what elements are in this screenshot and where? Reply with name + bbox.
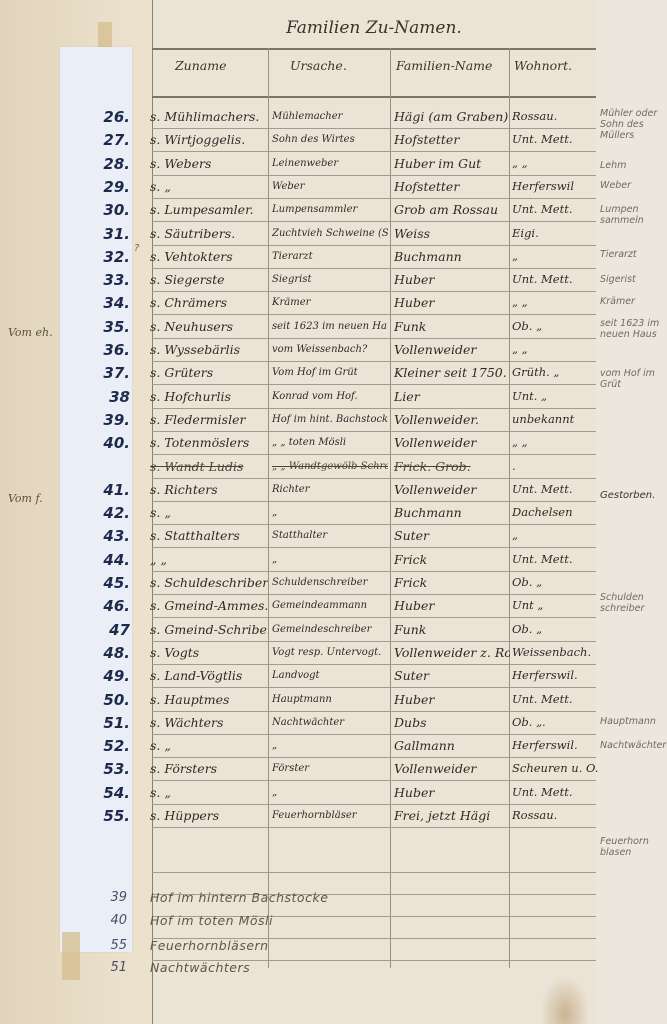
cell-ursache: Feuerhornbläser xyxy=(272,810,388,821)
row-number: 43. xyxy=(92,527,130,545)
footnote-number: 40 xyxy=(95,913,127,928)
table-row: 35.s. Neuhusersseit 1623 im neuen Haus.F… xyxy=(0,316,667,339)
cell-zuname: s. Hofchurlis xyxy=(150,389,268,404)
cell-zuname: s. Siegerste xyxy=(150,272,268,287)
row-number: 32. xyxy=(92,248,130,266)
table-row: 30.s. Lumpesamler.LumpensammlerGrob am R… xyxy=(0,199,667,222)
cell-familienname: Hofstetter xyxy=(394,132,510,147)
header-top-rule xyxy=(152,48,596,50)
cell-familienname: Kleiner seit 1750. xyxy=(394,365,510,380)
question-mark: ? xyxy=(134,243,139,254)
cell-ursache: Statthalter xyxy=(272,530,388,541)
page-title: Familien Zu-Namen. xyxy=(152,18,596,38)
row-number: 41. xyxy=(92,481,130,499)
cell-wohnort: . xyxy=(512,459,602,473)
cell-ursache: Zuchtvieh Schweine (Schweinehirt) xyxy=(272,228,388,239)
cell-wohnort: Unt. Mett. xyxy=(512,692,602,706)
cell-familienname: Hofstetter xyxy=(394,179,510,194)
table-row: 26.s. Mühlimachers.MühlemacherHägi (am G… xyxy=(0,106,667,129)
table-row: 34.s. ChrämersKrämerHuber„ „ xyxy=(0,292,667,315)
cell-zuname: „ „ xyxy=(150,552,268,567)
cell-ursache: „ xyxy=(272,554,388,565)
left-margin-note: Vom eh. xyxy=(8,326,53,339)
cell-zuname: s. Land-Vögtlis xyxy=(150,668,268,683)
cell-familienname: Vollenweider xyxy=(394,342,510,357)
footnote-text: Hof im hintern Bachstocke xyxy=(150,890,328,905)
cell-ursache: Vogt resp. Untervogt. xyxy=(272,647,388,658)
cell-zuname: s. Vogts xyxy=(150,645,268,660)
table-row: 48.s. VogtsVogt resp. Untervogt.Vollenwe… xyxy=(0,642,667,665)
cell-zuname: s. Säutribers. xyxy=(150,226,268,241)
table-row: 52.s. „„GallmannHerferswil. xyxy=(0,735,667,758)
margin-note: Sigerist xyxy=(600,274,666,285)
row-number: 42. xyxy=(92,504,130,522)
cell-familienname: Frei, jetzt Hägi xyxy=(394,808,510,823)
footnote-text: Hof im toten Mösli xyxy=(150,913,273,928)
cell-zuname: s. Wandt Ludis xyxy=(150,459,268,474)
cell-ursache: „ xyxy=(272,740,388,751)
table-row: 37.s. GrütersVom Hof im GrütKleiner seit… xyxy=(0,362,667,385)
cell-zuname: s. Vehtokters xyxy=(150,249,268,264)
table-row: 32.s. VehtoktersTierarztBuchmann„ xyxy=(0,246,667,269)
cell-ursache: „ „ Wandtgewölb Schreiner xyxy=(272,461,388,472)
cell-wohnort: Ob. „ xyxy=(512,319,602,333)
row-number: 38 xyxy=(92,388,130,406)
table-row: 55.s. HüppersFeuerhornbläserFrei, jetzt … xyxy=(0,805,667,828)
table-row: 45.s. SchuldeschribersSchuldenschreiberF… xyxy=(0,572,667,595)
cell-familienname: Gallmann xyxy=(394,738,510,753)
cell-familienname: Funk xyxy=(394,319,510,334)
row-number: 28. xyxy=(92,155,130,173)
row-rule xyxy=(152,617,596,618)
margin-note: Feuerhorn blasen xyxy=(600,836,666,858)
cell-ursache: „ xyxy=(272,507,388,518)
margin-note: seit 1623 im neuen Haus xyxy=(600,318,666,340)
margin-note: Krämer xyxy=(600,296,666,307)
cell-zuname: s. „ xyxy=(150,505,268,520)
cell-zuname: s. Neuhusers xyxy=(150,319,268,334)
cell-wohnort: Unt. Mett. xyxy=(512,785,602,799)
cell-familienname: Lier xyxy=(394,389,510,404)
row-rule xyxy=(152,221,596,222)
table-row: 50.s. HauptmesHauptmannHuberUnt. Mett. xyxy=(0,689,667,712)
cell-familienname: Frick xyxy=(394,552,510,567)
row-number: 50. xyxy=(92,691,130,709)
table-row: 54.s. „„HuberUnt. Mett. xyxy=(0,782,667,805)
row-number: 34. xyxy=(92,294,130,312)
cell-wohnort: „ „ xyxy=(512,435,602,449)
cell-ursache: Landvogt xyxy=(272,670,388,681)
row-number: 47 xyxy=(92,621,130,639)
cell-ursache: Vom Hof im Grüt xyxy=(272,367,388,378)
table-row: 40.s. Totenmöslers„ „ toten MösliVollenw… xyxy=(0,432,667,455)
cell-wohnort: „ xyxy=(512,528,602,542)
table-row: 36.s. Wyssebärlisvom Weissenbach?Vollenw… xyxy=(0,339,667,362)
cell-ursache: Siegrist xyxy=(272,274,388,285)
footnote-text: Feuerhornbläsern xyxy=(150,938,269,953)
cell-familienname: Huber xyxy=(394,295,510,310)
row-number: 26. xyxy=(92,108,130,126)
cell-ursache: Gemeindeschreiber xyxy=(272,624,388,635)
cell-wohnort: Ob. „ xyxy=(512,622,602,636)
row-number: 29. xyxy=(92,178,130,196)
cell-zuname: s. Chrämers xyxy=(150,295,268,310)
margin-note: Tierarzt xyxy=(600,249,666,260)
cell-familienname: Vollenweider xyxy=(394,435,510,450)
table-row: s. Wandt Ludis„ „ Wandtgewölb SchreinerF… xyxy=(0,456,667,479)
table-row: 44.„ „„FrickUnt. Mett. xyxy=(0,549,667,572)
cell-ursache: Weber xyxy=(272,181,388,192)
cell-familienname: Weiss xyxy=(394,226,510,241)
row-rule xyxy=(152,872,596,873)
cell-zuname: s. „ xyxy=(150,738,268,753)
column-header-familienname: Familien-Name xyxy=(396,58,492,73)
row-number: 48. xyxy=(92,644,130,662)
cell-zuname: s. Totenmöslers xyxy=(150,435,268,450)
row-number: 37. xyxy=(92,364,130,382)
cell-ursache: Richter xyxy=(272,484,388,495)
row-rule xyxy=(152,547,596,548)
cell-zuname: s. Grüters xyxy=(150,365,268,380)
table-row: 47s. Gmeind-SchribersGemeindeschreiberFu… xyxy=(0,619,667,642)
table-row: 29.s. „WeberHofstetterHerferswil xyxy=(0,176,667,199)
row-rule xyxy=(152,151,596,152)
row-rule xyxy=(152,384,596,385)
cell-ursache: Schuldenschreiber xyxy=(272,577,388,588)
cell-ursache: Mühlemacher xyxy=(272,111,388,122)
cell-zuname: s. Gmeind-Schribers xyxy=(150,622,268,637)
cell-familienname: Vollenweider xyxy=(394,761,510,776)
row-number: 39. xyxy=(92,411,130,429)
cell-wohnort: Dachelsen xyxy=(512,505,602,519)
cell-familienname: Huber xyxy=(394,692,510,707)
cell-zuname: s. Lumpesamler. xyxy=(150,202,268,217)
row-rule xyxy=(152,827,596,828)
row-number: 52. xyxy=(92,737,130,755)
cell-familienname: Huber xyxy=(394,272,510,287)
row-number: 30. xyxy=(92,201,130,219)
table-row: 31.s. Säutribers.Zuchtvieh Schweine (Sch… xyxy=(0,223,667,246)
row-number: 46. xyxy=(92,597,130,615)
column-header-ursache: Ursache. xyxy=(290,58,347,73)
cell-ursache: Krämer xyxy=(272,297,388,308)
cell-ursache: Lumpensammler xyxy=(272,204,388,215)
row-number: 55. xyxy=(92,807,130,825)
footnote-text: Nachtwächters xyxy=(150,960,250,975)
row-number: 31. xyxy=(92,225,130,243)
tape-top xyxy=(98,22,112,50)
cell-wohnort: Ob. „. xyxy=(512,715,602,729)
cell-familienname: Vollenweider xyxy=(394,482,510,497)
footnote-number: 55 xyxy=(95,938,127,953)
cell-wohnort: Unt. Mett. xyxy=(512,132,602,146)
cell-familienname: Frick. Grob. xyxy=(394,459,510,474)
cell-ursache: Konrad vom Hof. xyxy=(272,391,388,402)
cell-familienname: Frick xyxy=(394,575,510,590)
cell-zuname: s. Webers xyxy=(150,156,268,171)
table-row: 41.s. RichtersRichterVollenweiderUnt. Me… xyxy=(0,479,667,502)
cell-zuname: s. Wächters xyxy=(150,715,268,730)
row-number: 45. xyxy=(92,574,130,592)
cell-familienname: Huber xyxy=(394,598,510,613)
cell-familienname: Suter xyxy=(394,528,510,543)
header-bottom-rule xyxy=(152,96,596,98)
row-number: 33. xyxy=(92,271,130,289)
cell-ursache: Leinenweber xyxy=(272,158,388,169)
cell-zuname: s. Wyssebärlis xyxy=(150,342,268,357)
margin-note: Lehm xyxy=(600,160,666,171)
cell-wohnort: Unt. Mett. xyxy=(512,202,602,216)
cell-wohnort: Scheuren u. O. Mett. xyxy=(512,761,602,775)
cell-familienname: Hägi (am Graben) xyxy=(394,109,510,124)
cell-ursache: Nachtwächter xyxy=(272,717,388,728)
cell-wohnort: Rossau. xyxy=(512,808,602,822)
cell-ursache: vom Weissenbach? xyxy=(272,344,388,355)
cell-familienname: Huber im Gut xyxy=(394,156,510,171)
cell-wohnort: Unt. Mett. xyxy=(512,272,602,286)
cell-wohnort: „ „ xyxy=(512,295,602,309)
table-row: 53.s. FörstersFörsterVollenweiderScheure… xyxy=(0,758,667,781)
water-stain xyxy=(540,975,590,1024)
cell-ursache: Sohn des Wirtes xyxy=(272,134,388,145)
cell-wohnort: Rossau. xyxy=(512,109,602,123)
cell-familienname: Funk xyxy=(394,622,510,637)
table-row: 38s. HofchurlisKonrad vom Hof.LierUnt. „ xyxy=(0,386,667,409)
table-row: 51.s. WächtersNachtwächterDubsOb. „. xyxy=(0,712,667,735)
row-number: 49. xyxy=(92,667,130,685)
column-header-zuname: Zuname xyxy=(175,58,227,73)
cell-zuname: s. Försters xyxy=(150,761,268,776)
cell-zuname: s. „ xyxy=(150,179,268,194)
table-row: 28.s. WebersLeinenweberHuber im Gut„ „ xyxy=(0,153,667,176)
row-rule xyxy=(152,314,596,315)
cell-wohnort: Unt. Mett. xyxy=(512,552,602,566)
row-number: 53. xyxy=(92,760,130,778)
cell-ursache: Gemeindeammann xyxy=(272,600,388,611)
cell-wohnort: „ „ xyxy=(512,342,602,356)
cell-wohnort: Herferswil. xyxy=(512,738,602,752)
cell-zuname: s. Fledermisler xyxy=(150,412,268,427)
cell-wohnort: „ xyxy=(512,249,602,263)
row-rule xyxy=(152,687,596,688)
cell-familienname: Buchmann xyxy=(394,505,510,520)
left-margin-note: Vom f. xyxy=(8,492,43,505)
cell-ursache: Hauptmann xyxy=(272,694,388,705)
cell-ursache: Förster xyxy=(272,763,388,774)
cell-wohnort: Eigi. xyxy=(512,226,602,240)
row-number: 44. xyxy=(92,551,130,569)
footnote-number: 39 xyxy=(95,890,127,905)
cell-ursache: „ „ toten Mösli xyxy=(272,437,388,448)
cell-zuname: s. Richters xyxy=(150,482,268,497)
cell-zuname: s. Hüppers xyxy=(150,808,268,823)
row-number: 36. xyxy=(92,341,130,359)
cell-familienname: Dubs xyxy=(394,715,510,730)
row-number: 40. xyxy=(92,434,130,452)
cell-wohnort: Herferswil xyxy=(512,179,602,193)
row-number: 51. xyxy=(92,714,130,732)
cell-zuname: s. Hauptmes xyxy=(150,692,268,707)
cell-familienname: Vollenweider z. Rossau. xyxy=(394,645,510,660)
cell-familienname: Buchmann xyxy=(394,249,510,264)
row-rule xyxy=(152,454,596,455)
cell-ursache: seit 1623 im neuen Haus. xyxy=(272,321,388,332)
cell-familienname: Suter xyxy=(394,668,510,683)
row-number: 54. xyxy=(92,784,130,802)
cell-wohnort: unbekannt xyxy=(512,412,602,426)
table-row: 43.s. StatthaltersStatthalterSuter„ xyxy=(0,525,667,548)
cell-wohnort: Unt. Mett. xyxy=(512,482,602,496)
cell-familienname: Grob am Rossau xyxy=(394,202,510,217)
table-row: 49.s. Land-VögtlisLandvogtSuterHerferswi… xyxy=(0,665,667,688)
table-row: 27.s. Wirtjoggelis.Sohn des WirtesHofste… xyxy=(0,129,667,152)
cell-familienname: Vollenweider. xyxy=(394,412,510,427)
cell-zuname: s. Schuldeschribers xyxy=(150,575,268,590)
cell-wohnort: „ „ xyxy=(512,156,602,170)
cell-wohnort: Herferswil. xyxy=(512,668,602,682)
cell-zuname: s. Mühlimachers. xyxy=(150,109,268,124)
margin-note: Weber xyxy=(600,180,666,191)
cell-ursache: Hof im hint. Bachstock xyxy=(272,414,388,425)
cell-zuname: s. Gmeind-Ammes. xyxy=(150,598,268,613)
table-row: 42.s. „„BuchmannDachelsen xyxy=(0,502,667,525)
row-number: 27. xyxy=(92,131,130,149)
cell-zuname: s. „ xyxy=(150,785,268,800)
cell-zuname: s. Statthalters xyxy=(150,528,268,543)
cell-ursache: „ xyxy=(272,787,388,798)
cell-ursache: Tierarzt xyxy=(272,251,388,262)
cell-wohnort: Ob. „ xyxy=(512,575,602,589)
cell-familienname: Huber xyxy=(394,785,510,800)
tape-bottom xyxy=(62,932,80,980)
table-row: 33.s. SiegersteSiegristHuberUnt. Mett. xyxy=(0,269,667,292)
table-row: 46.s. Gmeind-Ammes.GemeindeammannHuberUn… xyxy=(0,595,667,618)
row-number: 35. xyxy=(92,318,130,336)
table-row: 39.s. FledermislerHof im hint. Bachstock… xyxy=(0,409,667,432)
cell-wohnort: Weissenbach. xyxy=(512,645,602,659)
column-header-wohnort: Wohnort. xyxy=(514,58,572,73)
row-rule xyxy=(152,780,596,781)
footnote-number: 51 xyxy=(95,960,127,975)
cell-wohnort: Unt „ xyxy=(512,598,602,612)
cell-zuname: s. Wirtjoggelis. xyxy=(150,132,268,147)
cell-wohnort: Grüth. „ xyxy=(512,365,602,379)
cell-wohnort: Unt. „ xyxy=(512,389,602,403)
